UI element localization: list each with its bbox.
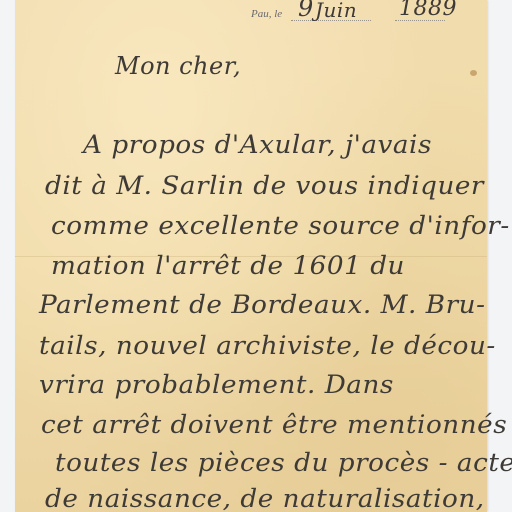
body-line-2: dit à M. Sarlin de vous indiquer: [45, 171, 484, 200]
body-line-8: cet arrêt doivent être mentionnés: [41, 410, 507, 439]
body-line-10: de naissance, de naturalisation,: [45, 484, 485, 512]
date-day: 9: [298, 0, 314, 22]
paper-stain: [470, 70, 477, 76]
body-line-9: toutes les pièces du procès - actes: [55, 448, 512, 477]
body-line-6: tails, nouvel archiviste, le décou-: [39, 331, 496, 360]
date-year: 1889: [399, 0, 457, 21]
body-line-5: Parlement de Bordeaux. M. Bru-: [39, 290, 485, 319]
date-month: Juin: [315, 0, 357, 22]
salutation: Mon cher,: [115, 52, 241, 80]
body-line-3: comme excellente source d'infor-: [51, 211, 510, 240]
body-line-7: vrira probablement. Dans: [39, 370, 394, 399]
body-line-4: mation l'arrêt de 1601 du: [51, 251, 405, 280]
letter-paper: Pau, le 9 Juin 1889 Mon cher, A propos d…: [15, 0, 487, 512]
body-line-1: A propos d'Axular, j'avais: [83, 130, 432, 159]
letterhead-place: Pau, le: [251, 8, 282, 20]
